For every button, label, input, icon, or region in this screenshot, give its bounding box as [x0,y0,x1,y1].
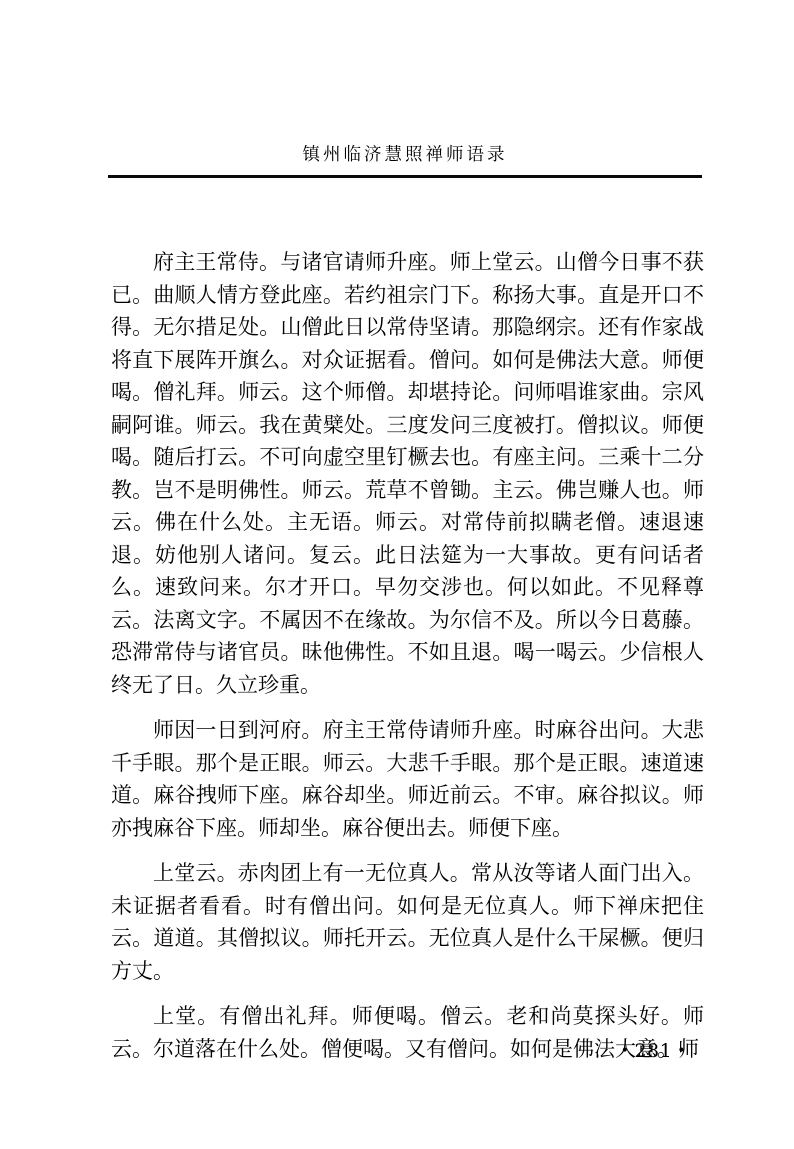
page-title: 镇州临济慧照禅师语录 [303,145,508,165]
page-number-right-bullet: • [672,1043,691,1059]
paragraph: 师因一日到河府。府主王常侍请师升座。时麻谷出问。大悲千手眼。那个是正眼。师云。大… [111,714,704,844]
page-number-value: 281 [634,1040,672,1062]
page-number-left-bullet: • [616,1043,635,1059]
paragraph: 上堂云。赤肉团上有一无位真人。常从汝等诸人面门出入。未证据者看看。时有僧出问。如… [111,857,704,987]
text-body: 府主王常侍。与诸官请师升座。师上堂云。山僧今日事不获已。曲顺人情方登此座。若约祖… [111,246,704,1078]
page-number: •281• [616,1040,691,1062]
paragraph: 府主王常侍。与诸官请师升座。师上堂云。山僧今日事不获已。曲顺人情方登此座。若约祖… [111,246,704,701]
document-page: 镇州临济慧照禅师语录 府主王常侍。与诸官请师升座。师上堂云。山僧今日事不获已。曲… [0,0,794,1149]
page-header: 镇州临济慧照禅师语录 [108,141,702,178]
